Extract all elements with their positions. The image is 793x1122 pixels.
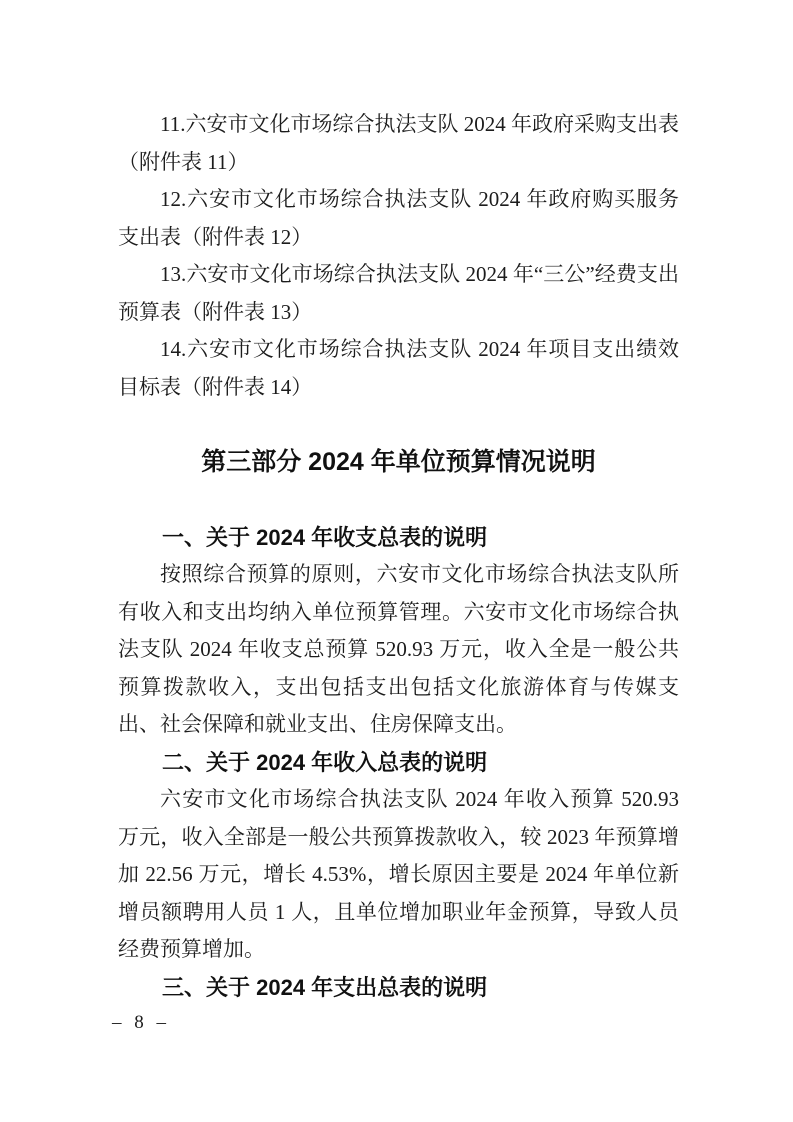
section-1-paragraph: 按照综合预算的原则，六安市文化市场综合执法支队所有收入和支出均纳入单位预算管理。… <box>118 556 679 744</box>
attachment-list-item-13: 13.六安市文化市场综合执法支队 2024 年“三公”经费支出预算表（附件表 1… <box>118 256 679 331</box>
section-2-paragraph: 六安市文化市场综合执法支队 2024 年收入预算 520.93 万元，收入全部是… <box>118 781 679 969</box>
page-content: 11.六安市文化市场综合执法支队 2024 年政府采购支出表（附件表 11） 1… <box>118 106 679 1006</box>
part-three-heading: 第三部分 2024 年单位预算情况说明 <box>118 444 679 482</box>
document-page: 11.六安市文化市场综合执法支队 2024 年政府采购支出表（附件表 11） 1… <box>0 0 793 1122</box>
attachment-list-item-12: 12.六安市文化市场综合执法支队 2024 年政府购买服务支出表（附件表 12） <box>118 181 679 256</box>
page-number: – 8 – <box>112 1010 170 1036</box>
section-2-heading: 二、关于 2024 年收入总表的说明 <box>118 744 679 782</box>
attachment-list-item-11: 11.六安市文化市场综合执法支队 2024 年政府采购支出表（附件表 11） <box>118 106 679 181</box>
attachment-list-item-14: 14.六安市文化市场综合执法支队 2024 年项目支出绩效目标表（附件表 14） <box>118 331 679 406</box>
section-3-heading: 三、关于 2024 年支出总表的说明 <box>118 969 679 1007</box>
section-1-heading: 一、关于 2024 年收支总表的说明 <box>118 519 679 557</box>
